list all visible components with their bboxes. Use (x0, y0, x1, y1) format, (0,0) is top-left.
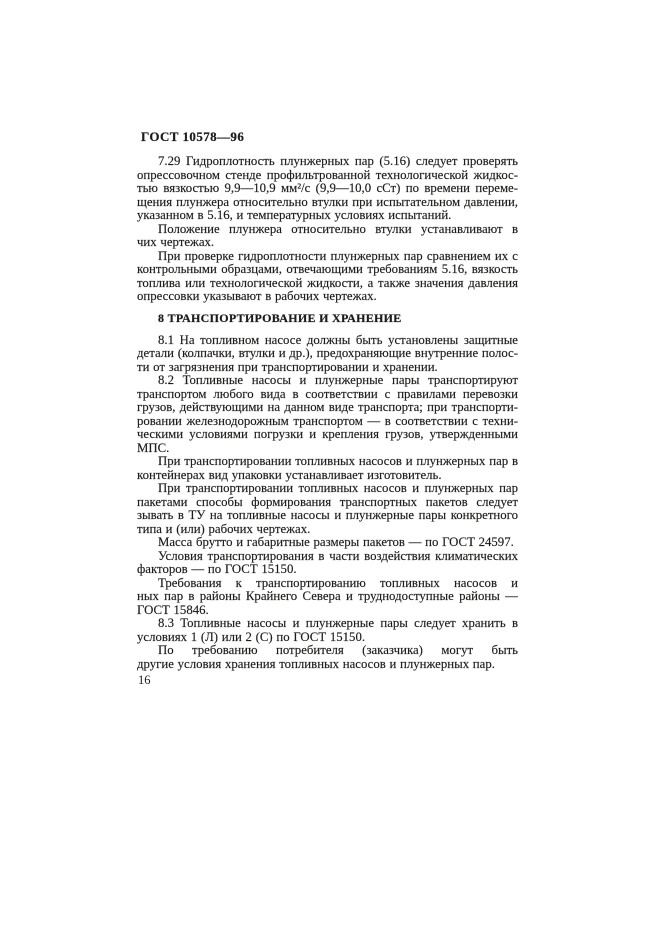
text-line: ровании железнодорожным транспортом — в … (137, 415, 518, 429)
paragraph: 8.3 Топливные насосы и плунжерные пары с… (137, 617, 518, 644)
text-line: 8.1 На топливном насосе должны быть уста… (137, 334, 518, 348)
paragraph: 7.29 Гидроплотность плунжерных пар (5.16… (137, 155, 518, 223)
text-line: топлива или технологической жидкости, а … (137, 277, 518, 291)
paragraph: По требованию потребителя (заказчика) мо… (137, 644, 518, 671)
text-line: ных пар в районы Крайнего Севера и трудн… (137, 590, 518, 604)
section-heading: 8 ТРАНСПОРТИРОВАНИЕ И ХРАНЕНИЕ (137, 312, 518, 326)
text-line: тью вязкостью 9,9—10,9 мм²/с (9,9—10,0 с… (137, 182, 518, 196)
text-line: Положение плунжера относительно втулки у… (137, 223, 518, 237)
text-line: транспортом любого вида в соответствии с… (137, 388, 518, 402)
paragraph: 8.2 Топливные насосы и плунжерные пары т… (137, 374, 518, 455)
paragraph: Положение плунжера относительно втулки у… (137, 223, 518, 250)
text-line: другие условия хранения топливных насосо… (137, 658, 518, 672)
document-page: ГОСТ 10578—96 7.29 Гидроплотность плунже… (0, 0, 661, 936)
text-line: щения плунжера относительно втулки при и… (137, 196, 518, 210)
text-line: Условия транспортирования в части воздей… (137, 550, 518, 564)
text-line: Требования к транспортированию топливных… (137, 577, 518, 591)
text-line: 8.3 Топливные насосы и плунжерные пары с… (137, 617, 518, 631)
text-line: факторов — по ГОСТ 15150. (137, 563, 518, 577)
paragraph: При транспортировании топливных насосов … (137, 482, 518, 536)
text-line: При проверке гидроплотности плунжерных п… (137, 250, 518, 264)
document-body: 7.29 Гидроплотность плунжерных пар (5.16… (137, 155, 518, 671)
text-line: опрессовки указывают в рабочих чертежах. (137, 290, 518, 304)
text-line: чих чертежах. (137, 236, 518, 250)
text-line: указанном в 5.16, и температурных услови… (137, 209, 518, 223)
text-line: По требованию потребителя (заказчика) мо… (137, 644, 518, 658)
text-line: зывать в ТУ на топливные насосы и плунже… (137, 509, 518, 523)
text-line: 7.29 Гидроплотность плунжерных пар (5.16… (137, 155, 518, 169)
paragraph: Требования к транспортированию топливных… (137, 577, 518, 618)
text-line: Масса брутто и габаритные размеры пакето… (137, 536, 518, 550)
paragraph: При проверке гидроплотности плунжерных п… (137, 250, 518, 304)
text-line: ческими условиями погрузки и крепления г… (137, 428, 518, 442)
text-line: типа и (или) рабочих чертежах. (137, 523, 518, 537)
running-header: ГОСТ 10578—96 (141, 129, 244, 145)
text-line: контейнерах вид упаковки устанавливает и… (137, 469, 518, 483)
text-line: ти от загрязнения при транспортировании … (137, 361, 518, 375)
text-line: МПС. (137, 442, 518, 456)
paragraph: Масса брутто и габаритные размеры пакето… (137, 536, 518, 550)
text-line: условиях 1 (Л) или 2 (С) по ГОСТ 15150. (137, 631, 518, 645)
text-line: При транспортировании топливных насосов … (137, 482, 518, 496)
text-line: ГОСТ 15846. (137, 604, 518, 618)
page-number: 16 (138, 674, 151, 688)
text-line: При транспортировании топливных насосов … (137, 455, 518, 469)
text-line: опрессовочном стенде профильтрованной те… (137, 169, 518, 183)
text-line: пакетами способы формирования транспортн… (137, 496, 518, 510)
text-line: 8.2 Топливные насосы и плунжерные пары т… (137, 374, 518, 388)
text-line: детали (колпачки, втулки и др.), предохр… (137, 347, 518, 361)
paragraph: 8.1 На топливном насосе должны быть уста… (137, 334, 518, 375)
paragraph: Условия транспортирования в части воздей… (137, 550, 518, 577)
paragraph: При транспортировании топливных насосов … (137, 455, 518, 482)
text-line: контрольными образцами, отвечающими треб… (137, 263, 518, 277)
text-line: грузов, действующими на данном виде тран… (137, 401, 518, 415)
